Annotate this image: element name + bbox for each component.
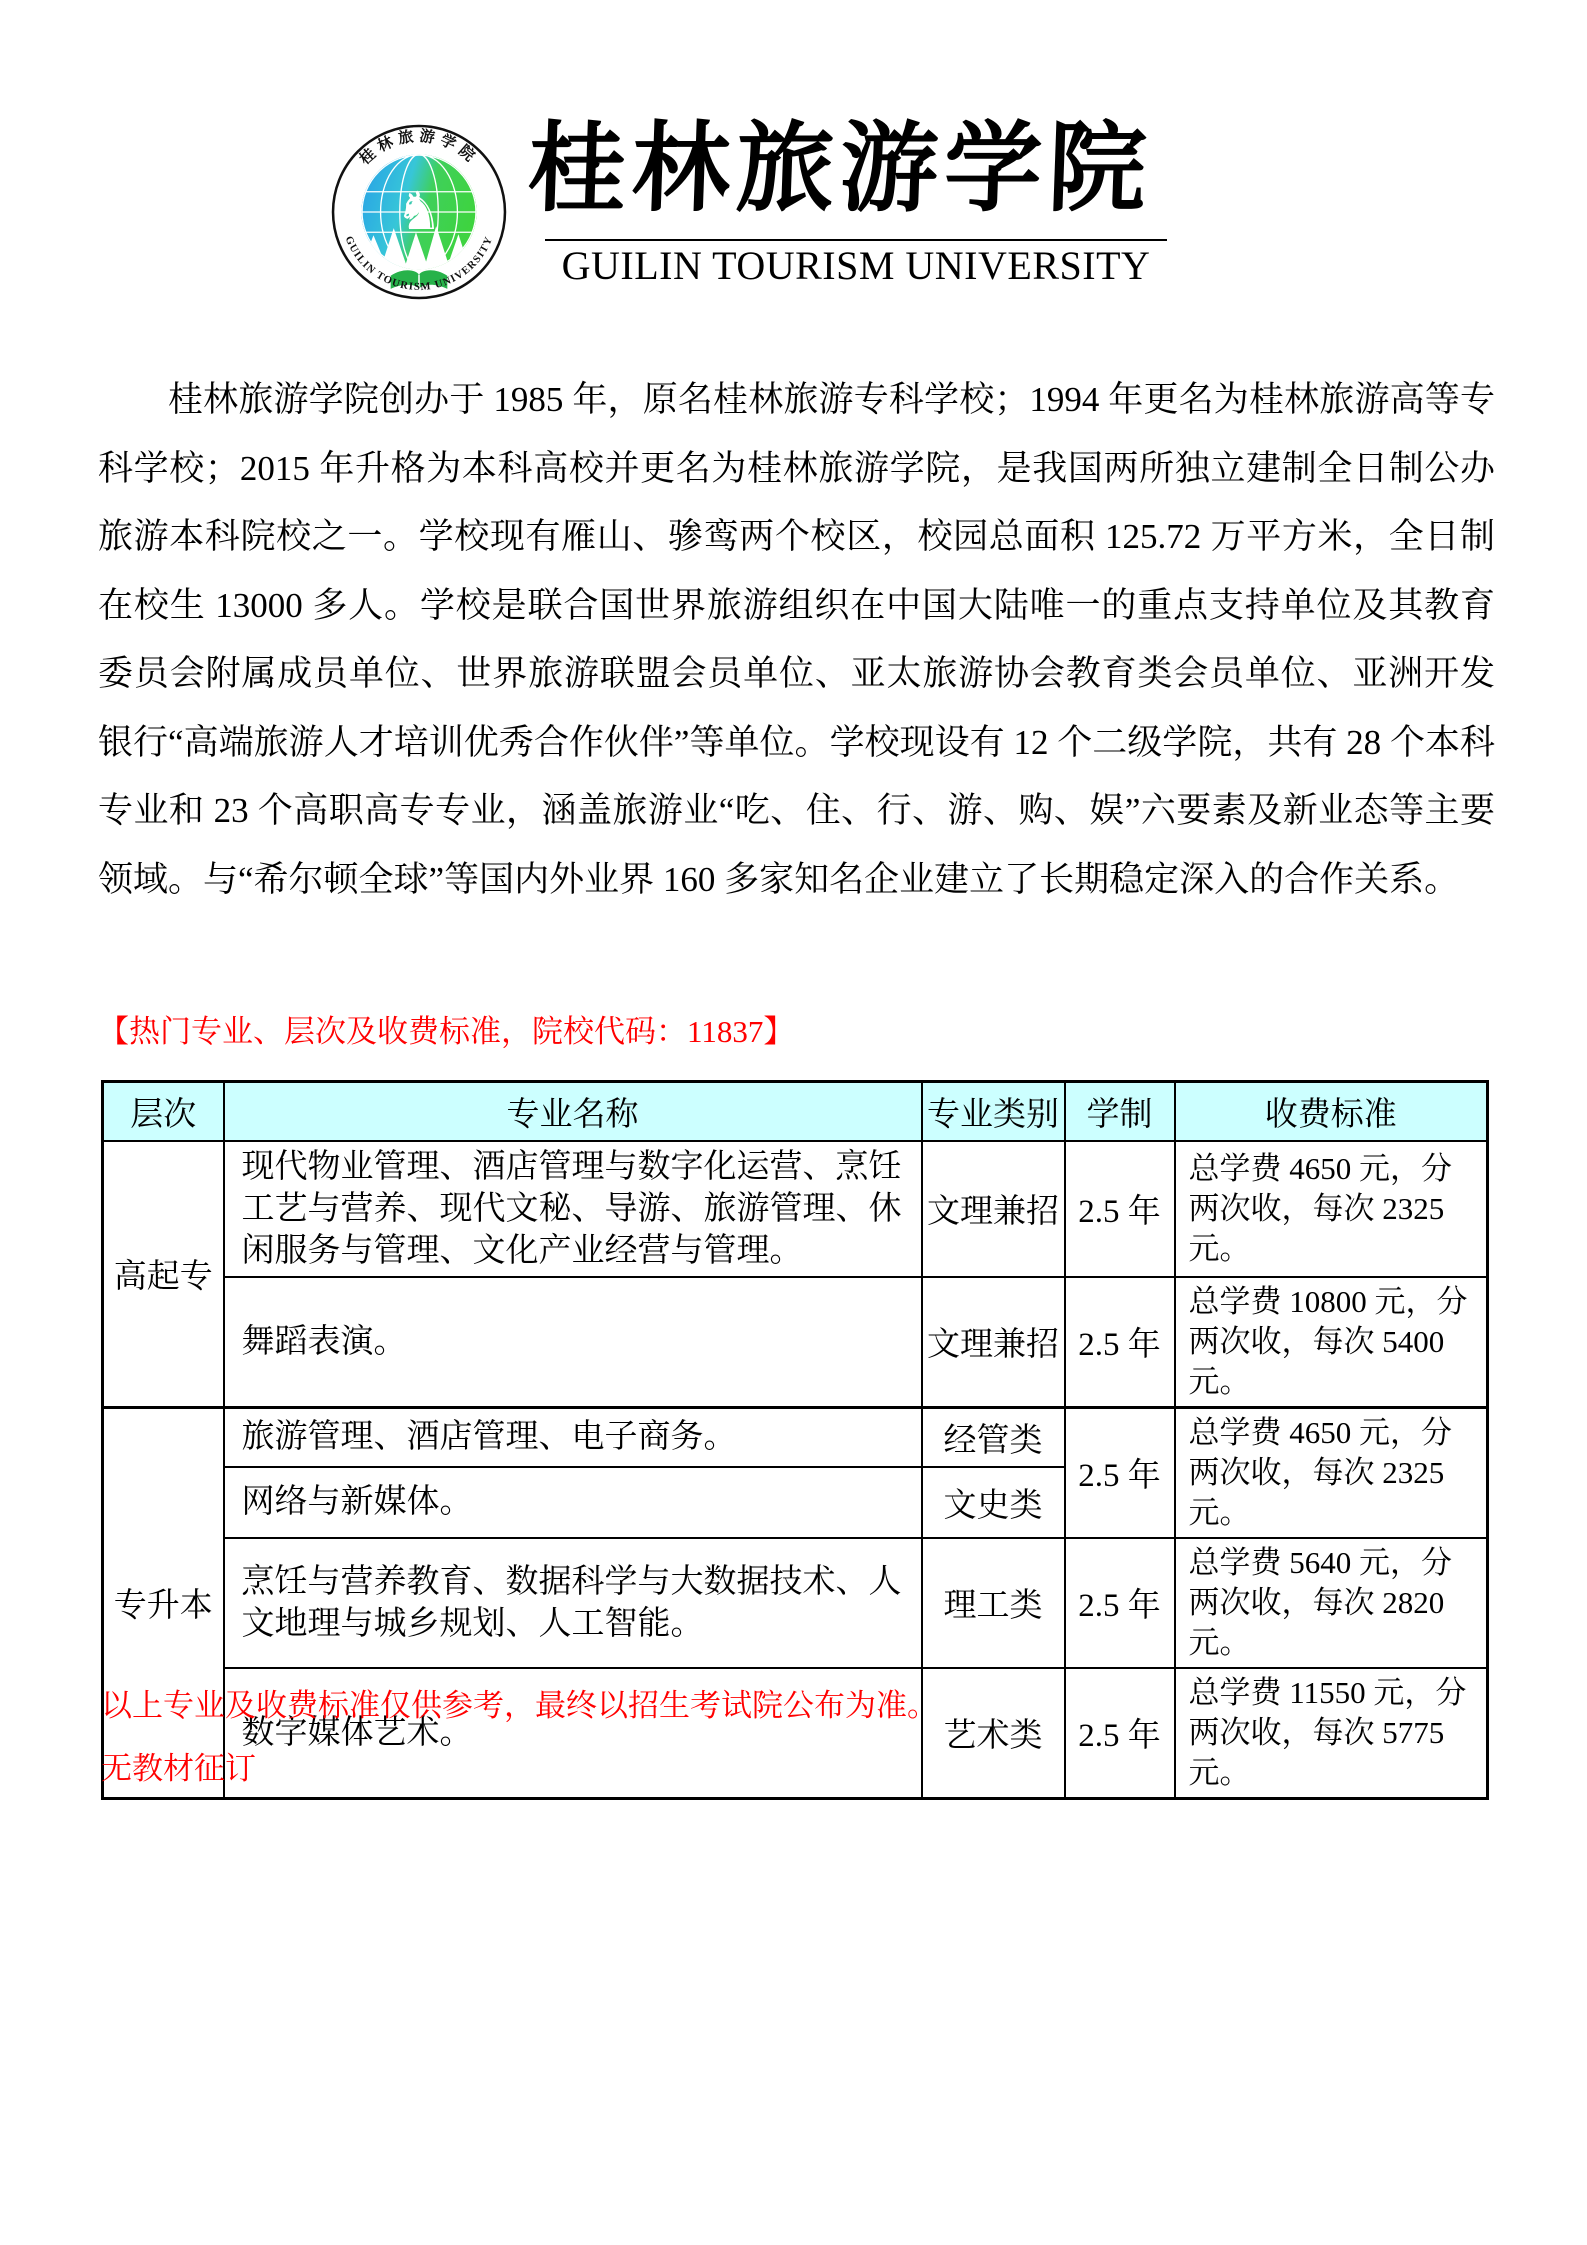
table-row: 烹饪与营养教育、数据科学与大数据技术、人文地理与城乡规划、人工智能。 理工类 2… (103, 1538, 1488, 1668)
major-cell: 旅游管理、酒店管理、电子商务。 (224, 1407, 922, 1467)
category-cell: 文理兼招 (922, 1141, 1065, 1277)
document-page: 桂林旅游学院 ♞ GUILIN TOURISM UNIVERSITY (0, 0, 1587, 2245)
major-cell: 现代物业管理、酒店管理与数字化运营、烹饪工艺与营养、现代文秘、导游、旅游管理、休… (224, 1141, 922, 1277)
fee-cell: 总学费 10800 元，分两次收，每次 5400 元。 (1175, 1277, 1488, 1408)
category-cell: 文理兼招 (922, 1277, 1065, 1408)
header-duration: 学制 (1065, 1082, 1175, 1141)
category-cell: 经管类 (922, 1407, 1065, 1467)
university-name-english: GUILIN TOURISM UNIVERSITY (545, 242, 1167, 289)
textbook-note: 无教材征订 (101, 1743, 256, 1788)
duration-cell: 2.5 年 (1065, 1668, 1175, 1799)
horse-icon: ♞ (395, 181, 442, 242)
university-emblem: 桂林旅游学院 ♞ GUILIN TOURISM UNIVERSITY (331, 124, 507, 300)
level-cell: 高起专 (103, 1141, 224, 1408)
university-name-calligraphy: 桂林旅游学院 (526, 100, 1181, 240)
table-row: 高起专 现代物业管理、酒店管理与数字化运营、烹饪工艺与营养、现代文秘、导游、旅游… (103, 1141, 1488, 1277)
major-cell: 烹饪与营养教育、数据科学与大数据技术、人文地理与城乡规划、人工智能。 (224, 1538, 922, 1668)
intro-paragraph: 桂林旅游学院创办于 1985 年，原名桂林旅游专科学校；1994 年更名为桂林旅… (98, 366, 1495, 914)
fee-cell: 总学费 11550 元，分两次收，每次 5775 元。 (1175, 1668, 1488, 1799)
fee-cell: 总学费 5640 元，分两次收，每次 2820 元。 (1175, 1538, 1488, 1668)
major-cell: 舞蹈表演。 (224, 1277, 922, 1408)
table-row: 专升本 旅游管理、酒店管理、电子商务。 经管类 2.5 年 总学费 4650 元… (103, 1407, 1488, 1467)
header-major: 专业名称 (224, 1082, 922, 1141)
fee-cell: 总学费 4650 元，分两次收，每次 2325 元。 (1175, 1141, 1488, 1277)
duration-cell: 2.5 年 (1065, 1277, 1175, 1408)
major-cell: 网络与新媒体。 (224, 1467, 922, 1537)
header-level: 层次 (103, 1082, 224, 1141)
section-heading: 【热门专业、层次及收费标准，院校代码：11837】 (98, 1006, 794, 1051)
category-cell: 理工类 (922, 1538, 1065, 1668)
header-category: 专业类别 (922, 1082, 1065, 1141)
level-cell: 专升本 (103, 1407, 224, 1798)
header-fee: 收费标准 (1175, 1082, 1488, 1141)
category-cell: 文史类 (922, 1467, 1065, 1537)
duration-cell: 2.5 年 (1065, 1538, 1175, 1668)
duration-cell: 2.5 年 (1065, 1407, 1175, 1538)
disclaimer-note: 以上专业及收费标准仅供参考，最终以招生考试院公布为准。 (101, 1680, 938, 1725)
category-cell: 艺术类 (922, 1668, 1065, 1799)
table-header-row: 层次 专业名称 专业类别 学制 收费标准 (103, 1082, 1488, 1141)
table-row: 舞蹈表演。 文理兼招 2.5 年 总学费 10800 元，分两次收，每次 540… (103, 1277, 1488, 1408)
logo-rule-line (545, 239, 1167, 241)
duration-cell: 2.5 年 (1065, 1141, 1175, 1277)
fee-cell: 总学费 4650 元，分两次收，每次 2325 元。 (1175, 1407, 1488, 1538)
